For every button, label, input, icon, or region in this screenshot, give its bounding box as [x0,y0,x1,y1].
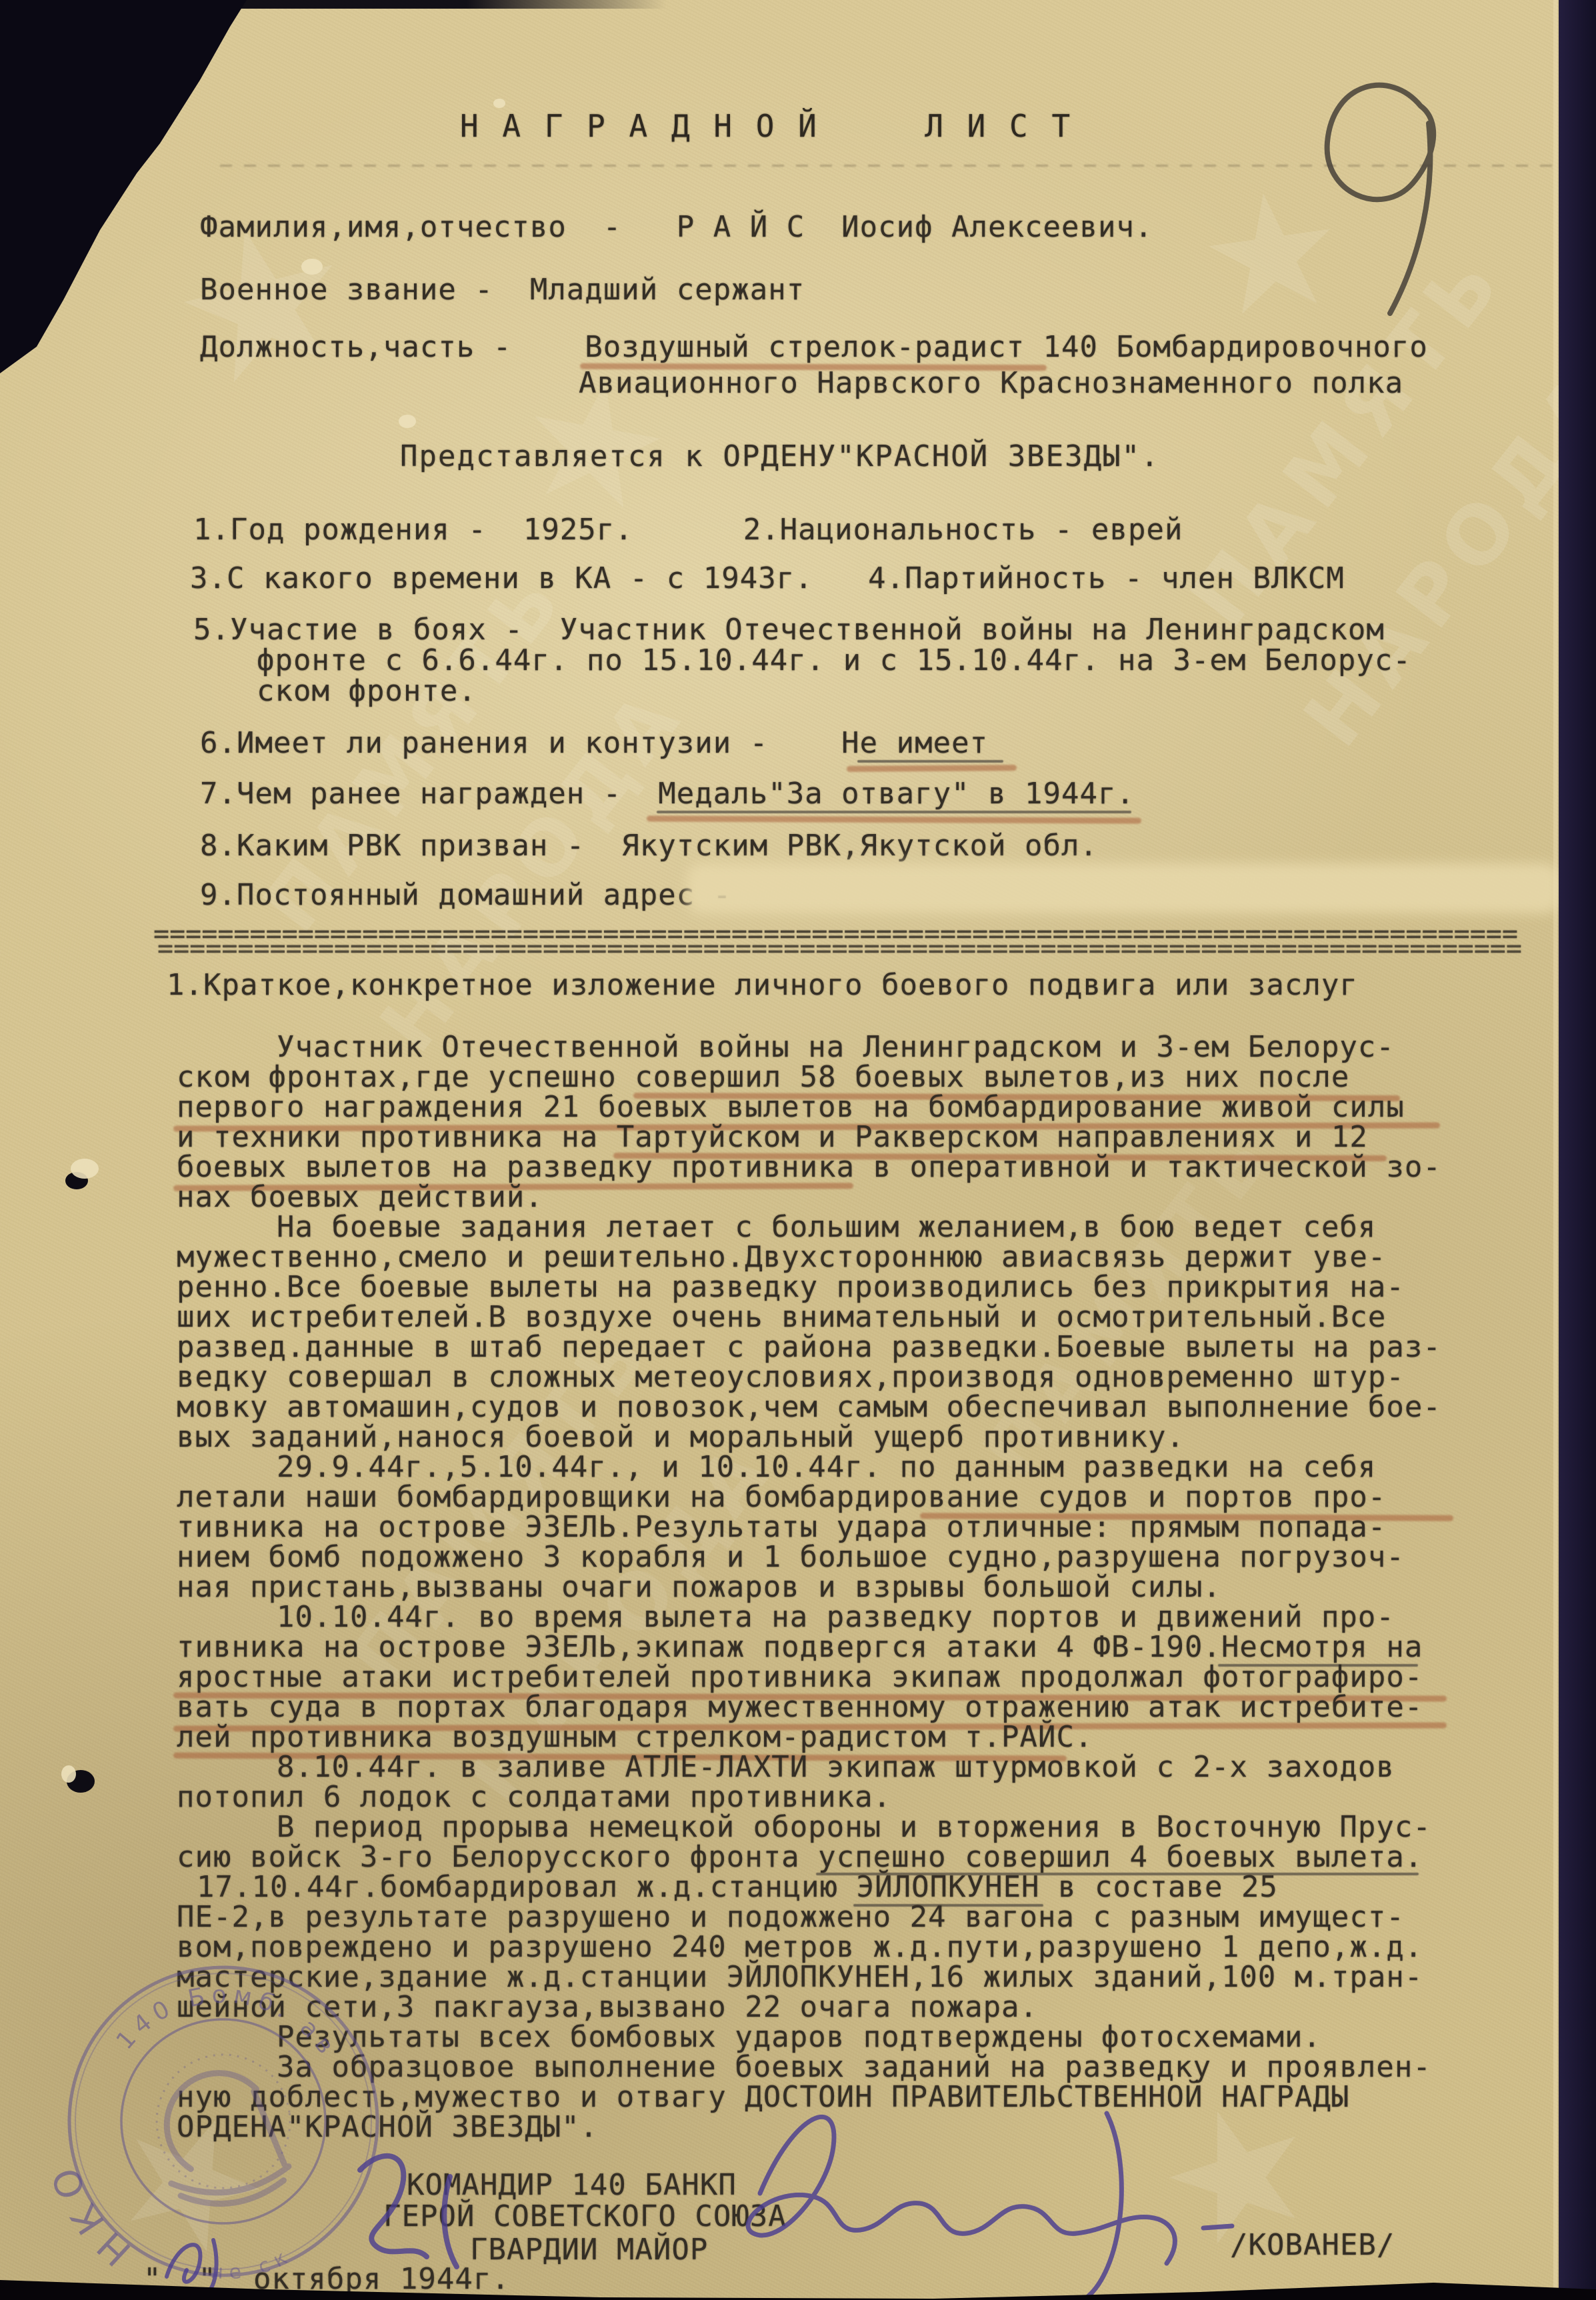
body-line: сию войск 3-го Белорусского фронта успеш… [177,1842,1423,1873]
body-line: летали наши бомбардировщики на бомбардир… [177,1482,1386,1513]
body-line: ренно.Все боевые вылеты на разведку прои… [177,1272,1405,1303]
stamp-arc-top-text: 140 Бомб. ав [106,1967,345,2089]
item-3-4: 3.С какого времени в КА - с 1943г. 4.Пар… [190,563,1345,594]
item-5-line-1: 5.Участие в боях - Участник Отечественно… [193,615,1385,645]
section-title: 1.Краткое,конкретное изложение личного б… [167,970,1358,1001]
body-line: ведку совершал в сложных метеоусловиях,п… [177,1362,1405,1393]
field-position-line-2: Авиационного Нарвского Краснознаменного … [579,368,1403,399]
body-line: В период прорыва немецкой обороны и втор… [277,1812,1431,1843]
red-pencil-underline [847,765,1017,772]
body-line: ших истребителей.В воздухе очень внимате… [177,1302,1386,1333]
body-line: потопил 6 лодок с солдатами противника. [177,1782,891,1813]
divider-row: ========================================… [157,933,1522,964]
item-6: 6.Имеет ли ранения и контузии - Не имеет [200,728,988,759]
body-line: нах боевых действий. [177,1182,543,1213]
body-line: лей противника воздушным стрелком-радист… [177,1722,1093,1753]
body-line: Участник Отечественной войны на Ленингра… [277,1032,1395,1063]
erased-address-area [687,863,1560,913]
body-line: мужественно,смело и решительно.Двухсторо… [177,1242,1386,1273]
body-line: 8.10.44г. в заливе АТЛЕ-ЛАХТИ экипаж шту… [277,1752,1395,1783]
submission-line: Представляется к ОРДЕНУ"КРАСНОЙ ЗВЕЗДЫ". [400,441,1160,472]
item-7: 7.Чем ранее награжден - Медаль"За отвагу… [200,779,1135,809]
body-line: мовку автомашин,судов и повозок,чем самы… [177,1392,1441,1423]
body-line: боевых вылетов на разведку противника в … [177,1152,1441,1183]
body-line: тивника на острове ЭЗЕЛЬ,экипаж подвергс… [177,1632,1423,1663]
handwritten-day-mark [313,2130,527,2297]
body-line: На боевые задания летает с большим желан… [277,1212,1376,1243]
item-8: 8.Каким РВК призван - Якутским РВК,Якутс… [200,831,1098,861]
paper-fleck [493,99,505,108]
typed-underline [857,760,1003,763]
item-5-line-2: фронте с 6.6.44г. по 15.10.44г. и с 15.1… [257,645,1411,676]
field-position-line-1: Должность,часть - Воздушный стрелок-ради… [200,332,1428,363]
svg-text:140 Бомб. ав: 140 Бомб. ав [106,1967,345,2089]
body-line: и техники противника на Тартуйском и Рак… [177,1122,1368,1153]
item-9: 9.Постоянный домашний адрес - [200,880,731,911]
typed-underline [657,811,1131,813]
commander-signature [640,2073,1347,2300]
scan-edge-right [1559,0,1596,2300]
body-line: нием бомб подожжено 3 корабля и 1 большо… [177,1542,1405,1573]
item-1-2: 1.Год рождения - 1925г. 2.Национальность… [193,515,1183,545]
body-line: 17.10.44г.бомбардировал ж.д.станцию ЭЙЛО… [197,1872,1278,1903]
document-title: Н А Г Р А Д Н О Й Л И С Т [460,111,1073,141]
paper-fleck [61,1765,76,1783]
paper-fleck [71,1159,99,1179]
body-line: вать суда в портах благодаря мужественно… [177,1692,1423,1723]
body-line: ПЕ-2,в результате разрушено и подожжено … [177,1902,1405,1933]
handwritten-date-day [150,2220,237,2297]
body-line: 29.9.44г.,5.10.44г., и 10.10.44г. по дан… [277,1452,1376,1483]
body-line: тивника на острове ЭЗЕЛЬ.Результаты удар… [177,1512,1386,1543]
handwritten-page-number: 9 [1290,57,1483,323]
paper-fleck [301,259,323,275]
award-sheet-scan: ★ ★ ★ ★ ★ ПАМЯТЬ НАРОДА ПАМЯТЬ НАРОДА ПА… [0,0,1596,2300]
body-line: ная пристань,вызваны очаги пожаров и взр… [177,1572,1221,1603]
paper-fleck [399,415,416,428]
body-line: Результаты всех бомбовых ударов подтверж… [277,2022,1321,2053]
body-line: первого награждения 21 боевых вылетов на… [177,1092,1405,1123]
field-name-line: Фамилия,имя,отчество - Р А Й С Иосиф Але… [200,212,1153,243]
field-rank-line: Военное звание - Младший сержант [200,275,805,305]
body-line: вых заданий,нанося боевой и моральный ущ… [177,1422,1185,1453]
item-5-line-3: ском фронте. [257,676,477,707]
body-line: 10.10.44г. во время вылета на разведку п… [277,1602,1395,1633]
body-line: ском фронтах,где успешно совершил 58 бое… [177,1062,1349,1093]
body-line: яростные атаки истребителей противника э… [177,1662,1423,1693]
body-line: развед.данные в штаб передает с района р… [177,1332,1441,1363]
